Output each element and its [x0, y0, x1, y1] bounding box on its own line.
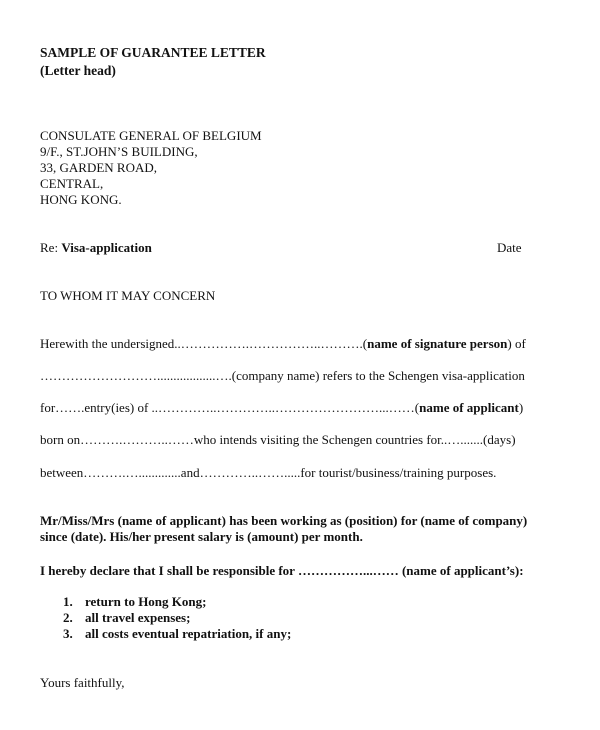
body-line: Herewith the undersigned..…………….……………..…… — [40, 336, 526, 352]
list-text: return to Hong Kong; — [85, 594, 206, 609]
declaration: I hereby declare that I shall be respons… — [40, 563, 524, 579]
letter-page: SAMPLE OF GUARANTEE LETTER (Letter head)… — [0, 0, 600, 730]
body-text: Herewith the undersigned..…………….……………..…… — [40, 336, 367, 351]
body-line: ………………………..................….(company na… — [40, 368, 525, 384]
subject-prefix: Re: — [40, 240, 61, 255]
placeholder-field-label: name of applicant — [419, 400, 519, 415]
address-line: 9/F., ST.JOHN’S BUILDING, — [40, 144, 262, 160]
employment-paragraph: Mr/Miss/Mrs (name of applicant) has been… — [40, 513, 527, 545]
list-text: all costs eventual repatriation, if any; — [85, 626, 291, 641]
date-label: Date — [497, 240, 522, 256]
body-line: for…….entry(ies) of ..…………..…………..………………… — [40, 400, 523, 416]
placeholder-field-label: name of signature person — [367, 336, 507, 351]
list-item: 2.all travel expenses; — [63, 610, 291, 626]
list-item: 3.all costs eventual repatriation, if an… — [63, 626, 291, 642]
list-text: all travel expenses; — [85, 610, 190, 625]
list-item: 1.return to Hong Kong; — [63, 594, 291, 610]
letter-title-block: SAMPLE OF GUARANTEE LETTER (Letter head) — [40, 44, 266, 80]
responsibilities-list: 1.return to Hong Kong; 2.all travel expe… — [63, 594, 291, 642]
address-line: CENTRAL, — [40, 176, 262, 192]
body-line: born on……….………..……who intends visiting t… — [40, 432, 516, 448]
employment-line: Mr/Miss/Mrs (name of applicant) has been… — [40, 513, 527, 529]
body-text: ) of — [507, 336, 525, 351]
employment-line: since (date). His/her present salary is … — [40, 529, 527, 545]
body-text: born on……….………..……who intends visiting t… — [40, 432, 516, 447]
list-number: 3. — [63, 626, 85, 642]
body-text: ) — [519, 400, 523, 415]
body-text: for…….entry(ies) of ..…………..…………..………………… — [40, 400, 419, 415]
body-line: between……….….............and…………..……....… — [40, 465, 496, 481]
closing: Yours faithfully, — [40, 675, 125, 691]
list-number: 1. — [63, 594, 85, 610]
letter-title: SAMPLE OF GUARANTEE LETTER — [40, 44, 266, 62]
address-line: 33, GARDEN ROAD, — [40, 160, 262, 176]
body-text: ………………………..................….(company na… — [40, 368, 525, 383]
address-line: CONSULATE GENERAL OF BELGIUM — [40, 128, 262, 144]
letter-subtitle: (Letter head) — [40, 62, 266, 80]
recipient-address: CONSULATE GENERAL OF BELGIUM 9/F., ST.JO… — [40, 128, 262, 208]
subject-text: Visa-application — [61, 240, 152, 255]
list-number: 2. — [63, 610, 85, 626]
body-text: between……….….............and…………..……....… — [40, 465, 496, 480]
address-line: HONG KONG. — [40, 192, 262, 208]
salutation: TO WHOM IT MAY CONCERN — [40, 288, 215, 304]
subject-line: Re: Visa-application — [40, 240, 152, 256]
